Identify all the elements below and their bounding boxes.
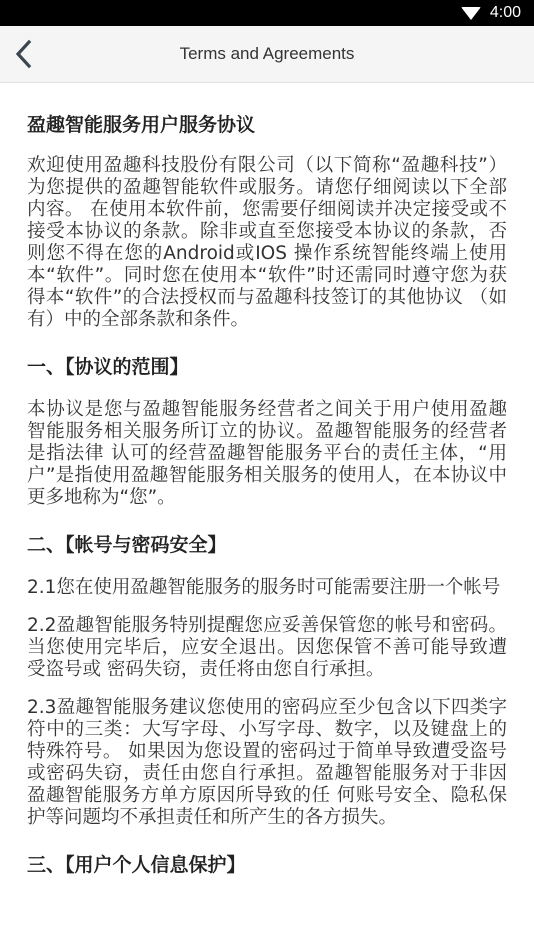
intro-paragraph: 欢迎使用盈趣科技股份有限公司（以下简称“盈趣科技”）为您提供的盈趣智能软件或服务… bbox=[27, 155, 507, 331]
section-heading-scope: 一、【协议的范围】 bbox=[27, 355, 507, 379]
clause-2-2: 2.2盈趣智能服务特别提醒您应妥善保管您的帐号和密码。当您使用完毕后，应安全退出… bbox=[27, 615, 507, 681]
app-bar: Terms and Agreements bbox=[0, 26, 534, 83]
terms-document: 盈趣智能服务用户服务协议 欢迎使用盈趣科技股份有限公司（以下简称“盈趣科技”）为… bbox=[0, 83, 534, 877]
section-heading-privacy: 三、【用户个人信息保护】 bbox=[27, 853, 507, 877]
terms-content[interactable]: 盈趣智能服务用户服务协议 欢迎使用盈趣科技股份有限公司（以下简称“盈趣科技”）为… bbox=[0, 83, 534, 949]
page-title: Terms and Agreements bbox=[0, 26, 534, 82]
section-heading-account-security: 二、【帐号与密码安全】 bbox=[27, 533, 507, 557]
clause-2-1: 2.1您在使用盈趣智能服务的服务时可能需要注册一个帐号 bbox=[27, 577, 507, 599]
status-time: 4:00 bbox=[490, 4, 521, 22]
status-bar: 4:00 bbox=[0, 0, 534, 26]
chevron-left-icon bbox=[15, 39, 33, 69]
scope-paragraph: 本协议是您与盈趣智能服务经营者之间关于用户使用盈趣智能服务相关服务所订立的协议。… bbox=[27, 399, 507, 509]
back-button[interactable] bbox=[0, 26, 48, 82]
clause-2-3: 2.3盈趣智能服务建议您使用的密码应至少包含以下四类字符中的三类：大写字母、小写… bbox=[27, 697, 507, 829]
document-title: 盈趣智能服务用户服务协议 bbox=[27, 113, 507, 137]
status-icons: 4:00 bbox=[461, 0, 521, 26]
wifi-icon bbox=[461, 7, 481, 20]
